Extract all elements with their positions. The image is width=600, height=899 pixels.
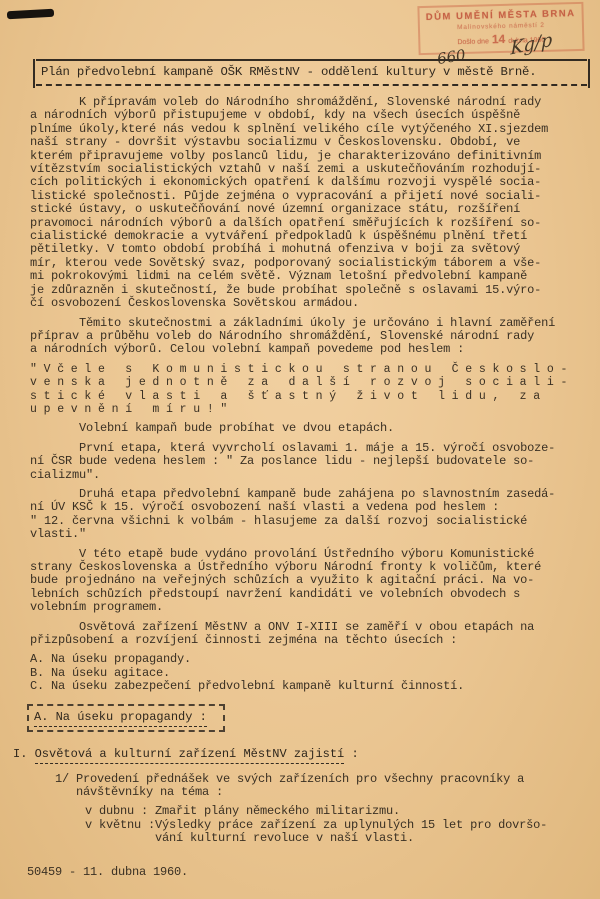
section-a-heading: A. Na úseku propagandy : [34, 710, 207, 727]
paragraph-second-stage: Druhá etapa předvolební kampaně bude zah… [30, 488, 600, 542]
receipt-stamp: DŮM UMĚNÍ MĚSTA BRNA Malinovského náměst… [417, 2, 584, 55]
paragraph-facilities: Osvětová zařízení MěstNV a ONV I-XIII se… [30, 621, 600, 648]
paragraph-aims: Těmito skutečnostmi a základními úkoly j… [30, 317, 600, 357]
heading-roman-suffix: : [344, 747, 358, 761]
item-1-topics: v dubnu : Zmařit plány německého militar… [85, 805, 600, 845]
paragraph-proclamation: V této etapě bude vydáno provolání Ústře… [30, 548, 600, 615]
heading-roman-numeral: I. [13, 747, 27, 761]
section-a-heading-box: A. Na úseku propagandy : [27, 704, 225, 732]
stamp-received-label: Došlo dne [457, 38, 489, 46]
paragraph-intro: K přípravám voleb do Národního shromáždě… [30, 96, 600, 311]
scanned-document-page: DŮM UMĚNÍ MĚSTA BRNA Malinovského náměst… [0, 0, 600, 899]
heading-roman-text: Osvětová a kulturní zařízení MěstNV zaji… [35, 747, 345, 764]
pen-mark [7, 9, 54, 19]
item-1-lectures: 1/ Provedení přednášek ve svých zařízení… [55, 773, 600, 800]
document-footer: 50459 - 11. dubna 1960. [27, 866, 600, 879]
document-title-box: Plán předvolební kampaně OŠK RMěstNV - o… [36, 59, 587, 86]
stamp-date-line: Došlo dne14dubna 1960 [422, 30, 580, 48]
document-title: Plán předvolební kampaně OŠK RMěstNV - o… [41, 65, 583, 79]
paragraph-first-stage: První etapa, která vyvrcholí oslavami 1.… [30, 442, 600, 482]
campaign-slogan: " V č e l e s K o m u n i s t i c k o u … [30, 363, 600, 417]
line-two-stages: Volební kampaň bude probíhat ve dvou eta… [30, 422, 600, 435]
heading-roman-one: I. Osvětová a kulturní zařízení MěstNV z… [13, 747, 600, 761]
list-sections-abc: A. Na úseku propagandy. B. Na úseku agit… [30, 653, 600, 693]
stamp-date-day: 14 [492, 32, 506, 46]
